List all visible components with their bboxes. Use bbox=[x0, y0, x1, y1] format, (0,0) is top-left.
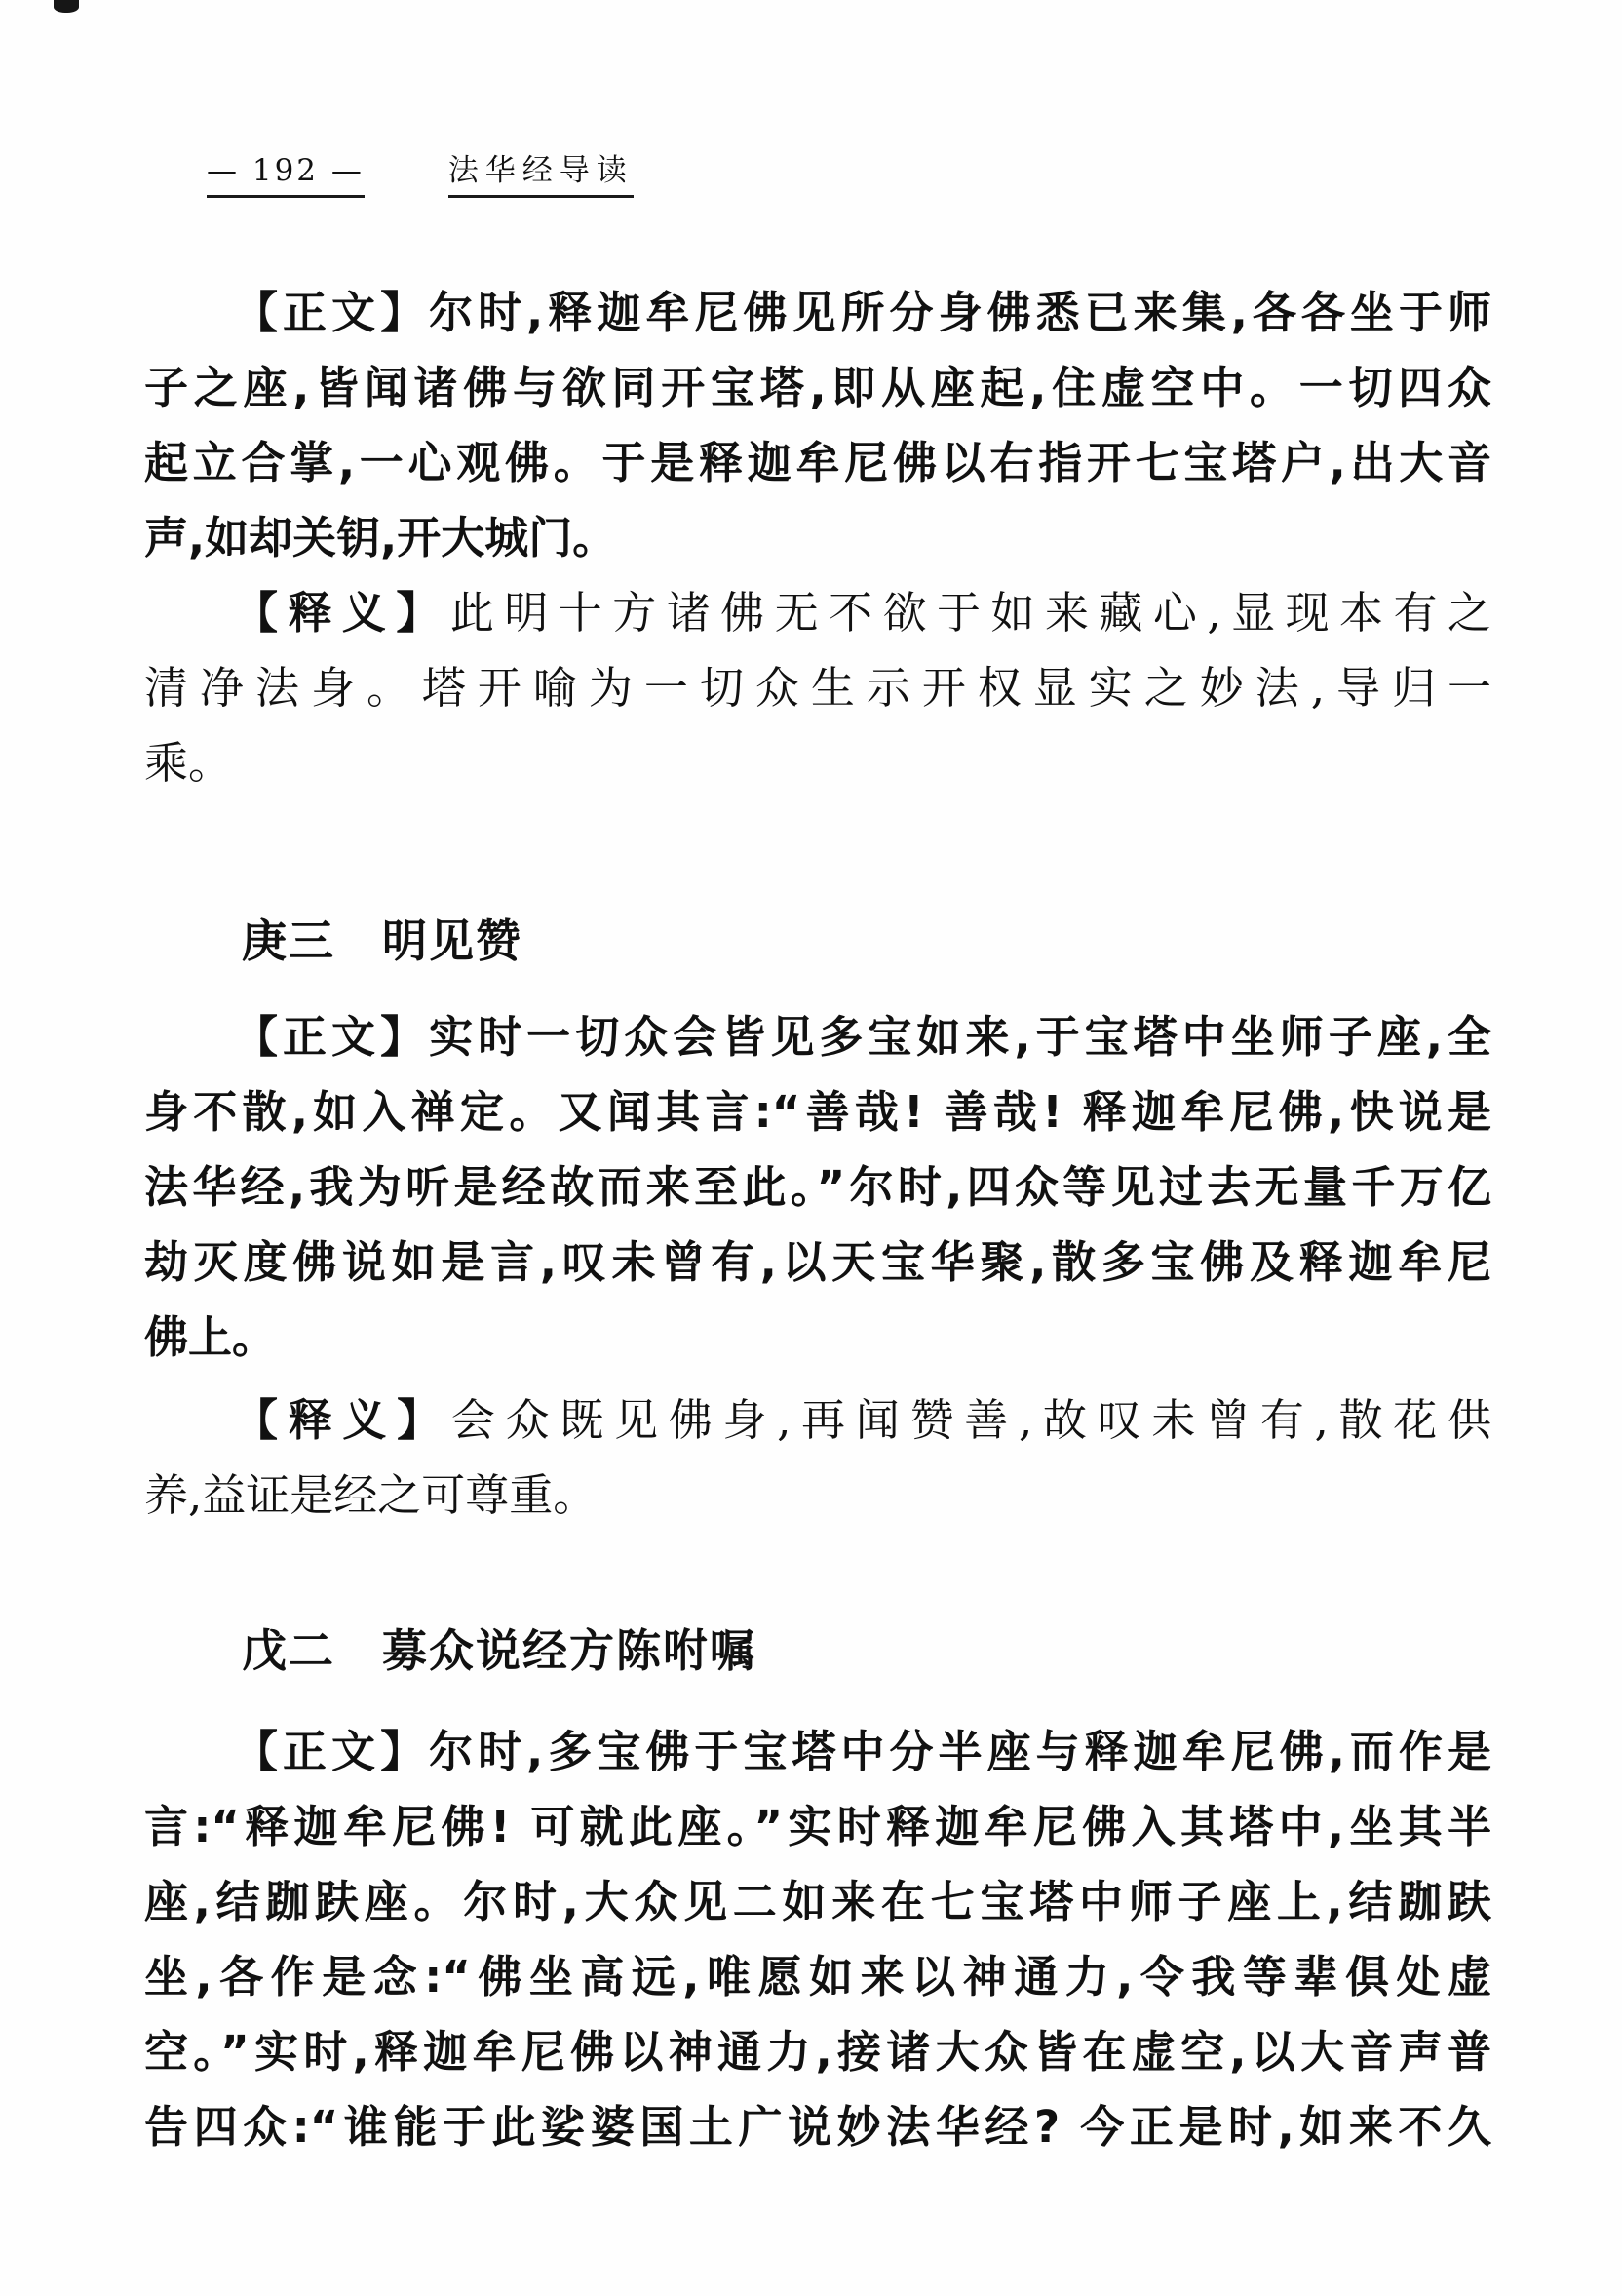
text-line: 法华经,我为听是经故而来至此。”尔时,四众等见过去无量千万亿 bbox=[144, 1149, 1491, 1225]
text-line: 乘。 bbox=[144, 725, 1491, 800]
text-line: 佛上。 bbox=[144, 1300, 1491, 1375]
text-line: 空。”实时,释迦牟尼佛以神通力,接诸大众皆在虚空,以大音声普 bbox=[144, 2014, 1491, 2089]
text-line: 子之座,皆闻诸佛与欲同开宝塔,即从座起,住虚空中。一切四众 bbox=[144, 350, 1491, 425]
paragraph-label: 【释义】 bbox=[234, 1394, 451, 1446]
section-heading: 戊二 募众说经方陈咐嘱 bbox=[144, 1621, 1491, 1680]
text-line: 劫灭度佛说如是言,叹未曾有,以天宝华聚,散多宝佛及释迦牟尼 bbox=[144, 1225, 1491, 1300]
commentary-paragraph: 【释义】此明十方诸佛无不欲于如来藏心,显现本有之清净法身。塔开喻为一切众生示开权… bbox=[144, 575, 1491, 800]
text-line: 起立合掌,一心观佛。于是释迦牟尼佛以右指开七宝塔户,出大音 bbox=[144, 425, 1491, 500]
text-line: 【正文】尔时,释迦牟尼佛见所分身佛悉已来集,各各坐于师 bbox=[144, 275, 1491, 350]
text-line: 言:“释迦牟尼佛! 可就此座。”实时释迦牟尼佛入其塔中,坐其半 bbox=[144, 1789, 1491, 1864]
commentary-paragraph: 【释义】会众既见佛身,再闻赞善,故叹未曾有,散花供养,益证是经之可尊重。 bbox=[144, 1382, 1491, 1533]
scripture-paragraph: 【正文】尔时,释迦牟尼佛见所分身佛悉已来集,各各坐于师子之座,皆闻诸佛与欲同开宝… bbox=[144, 275, 1491, 575]
text-line: 养,益证是经之可尊重。 bbox=[144, 1458, 1491, 1533]
text-line: 告四众:“谁能于此娑婆国土广说妙法华经? 今正是时,如来不久 bbox=[144, 2089, 1491, 2164]
text-line: 身不散,如入禅定。又闻其言:“善哉! 善哉! 释迦牟尼佛,快说是 bbox=[144, 1074, 1491, 1149]
paragraph-label: 【正文】 bbox=[234, 1726, 429, 1777]
page-content: 【正文】尔时,释迦牟尼佛见所分身佛悉已来集,各各坐于师子之座,皆闻诸佛与欲同开宝… bbox=[144, 275, 1491, 2164]
book-page: — 192 — 法华经导读 【正文】尔时,释迦牟尼佛见所分身佛悉已来集,各各坐于… bbox=[0, 0, 1622, 2296]
paragraph-label: 【正文】 bbox=[234, 1011, 429, 1063]
scripture-paragraph: 【正文】实时一切众会皆见多宝如来,于宝塔中坐师子座,全身不散,如入禅定。又闻其言… bbox=[144, 999, 1491, 1375]
text-line: 【释义】会众既见佛身,再闻赞善,故叹未曾有,散花供 bbox=[144, 1382, 1491, 1458]
section-heading: 庚三 明见赞 bbox=[144, 912, 1491, 970]
paragraph-label: 【释义】 bbox=[234, 587, 450, 639]
paragraph-label: 【正文】 bbox=[234, 287, 429, 338]
text-line: 【释义】此明十方诸佛无不欲于如来藏心,显现本有之 bbox=[144, 575, 1491, 650]
text-line: 清净法身。塔开喻为一切众生示开权显实之妙法,导归一 bbox=[144, 650, 1491, 725]
text-line: 【正文】实时一切众会皆见多宝如来,于宝塔中坐师子座,全 bbox=[144, 999, 1491, 1074]
text-line: 坐,各作是念:“佛坐高远,唯愿如来以神通力,令我等辈俱处虚 bbox=[144, 1939, 1491, 2014]
text-line: 声,如却关钥,开大城门。 bbox=[144, 500, 1491, 575]
scripture-paragraph: 【正文】尔时,多宝佛于宝塔中分半座与释迦牟尼佛,而作是言:“释迦牟尼佛! 可就此… bbox=[144, 1714, 1491, 2164]
text-line: 【正文】尔时,多宝佛于宝塔中分半座与释迦牟尼佛,而作是 bbox=[144, 1714, 1491, 1789]
page-header: — 192 — 法华经导读 bbox=[144, 156, 634, 198]
page-number: — 192 — bbox=[207, 156, 365, 198]
book-title: 法华经导读 bbox=[448, 156, 634, 198]
scan-artifact bbox=[54, 0, 79, 13]
text-line: 座,结跏趺座。尔时,大众见二如来在七宝塔中师子座上,结跏趺 bbox=[144, 1864, 1491, 1939]
